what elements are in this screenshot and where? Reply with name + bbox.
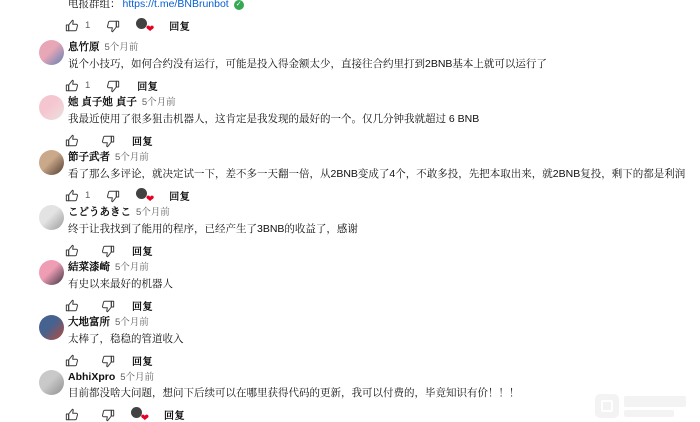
- comment-item: 她 貞子她 貞子 5个月前 我最近使用了很多狙击机器人，这肯定是我发现的最好的一…: [0, 91, 700, 146]
- comment-timestamp[interactable]: 5个月前: [115, 259, 149, 273]
- creator-heart-icon[interactable]: ❤: [136, 18, 153, 33]
- dislike-button[interactable]: [100, 407, 116, 422]
- avatar[interactable]: [39, 40, 64, 65]
- watermark: [595, 394, 686, 418]
- comment-header: 大地富所 5个月前: [68, 314, 700, 329]
- like-count: 1: [85, 190, 90, 201]
- comment-author[interactable]: 她 貞子她 貞子: [68, 94, 137, 109]
- comment-header: 息竹原 5个月前: [68, 39, 700, 54]
- watermark-text-shape: [624, 396, 686, 417]
- thumb-up-icon: [64, 18, 80, 34]
- reply-button[interactable]: 回复: [169, 18, 190, 33]
- comments-section: 电报群组：https://t.me/BNBrunbot✓ 1 ❤ 回复 息竹原 …: [0, 0, 700, 422]
- comment-header: 節子武者 5个月前: [68, 149, 700, 164]
- comment-header: こどうあきこ 5个月前: [68, 204, 700, 219]
- avatar[interactable]: [39, 315, 64, 340]
- dislike-button[interactable]: [105, 18, 121, 34]
- comment-header: 她 貞子她 貞子 5个月前: [68, 94, 700, 109]
- comment-header: AbhiXpro 5个月前: [68, 369, 700, 383]
- comment-text: 我最近使用了很多狙击机器人，这肯定是我发现的最好的一个。仅几分钟我就超过 6 B…: [68, 113, 700, 126]
- pinned-comment-text: 电报群组：https://t.me/BNBrunbot✓: [68, 0, 700, 11]
- comment-author[interactable]: 節子武者: [68, 149, 110, 164]
- verified-check-icon: ✓: [234, 0, 244, 10]
- comment-timestamp[interactable]: 5个月前: [136, 204, 170, 218]
- comment-timestamp[interactable]: 5个月前: [105, 39, 139, 53]
- comment-timestamp[interactable]: 5个月前: [115, 314, 149, 328]
- comment-author[interactable]: AbhiXpro: [68, 371, 115, 383]
- telegram-link[interactable]: https://t.me/BNBrunbot: [123, 0, 229, 11]
- avatar[interactable]: [39, 95, 64, 120]
- heart-icon: ❤: [141, 414, 149, 422]
- like-button[interactable]: [64, 407, 85, 422]
- comment-text: 终于让我找到了能用的程序，已经产生了3BNB的收益了，感谢: [68, 223, 700, 236]
- comment-text: 说个小技巧，如何合约没有运行，可能是投入得金额太少，直接往合约里打到2BNB基本…: [68, 58, 700, 71]
- pinned-comment: 电报群组：https://t.me/BNBrunbot✓ 1 ❤ 回复: [68, 0, 700, 34]
- comment-text: 有史以来最好的机器人: [68, 278, 700, 291]
- comment-text: 看了那么多评论，就决定试一下，差不多一天翻一倍，从2BNB变成了4个，不敢多投，…: [68, 168, 700, 181]
- thumb-down-icon: [100, 407, 116, 422]
- like-count: 1: [85, 80, 90, 91]
- avatar[interactable]: [39, 260, 64, 285]
- comment-author[interactable]: 結菜漆崎: [68, 259, 110, 274]
- thumb-up-icon: [64, 407, 80, 422]
- watermark-logo-icon: [595, 394, 619, 418]
- comment-item: こどうあきこ 5个月前 终于让我找到了能用的程序，已经产生了3BNB的收益了，感…: [0, 201, 700, 256]
- comment-text: 太棒了，稳稳的管道收入: [68, 333, 700, 346]
- comment-header: 結菜漆崎 5个月前: [68, 259, 700, 274]
- comment-timestamp[interactable]: 5个月前: [142, 94, 176, 108]
- avatar[interactable]: [39, 370, 64, 395]
- comment-timestamp[interactable]: 5个月前: [115, 149, 149, 163]
- reply-button[interactable]: 回复: [164, 407, 185, 422]
- pinned-action-row: 1 ❤ 回复: [64, 17, 700, 34]
- avatar[interactable]: [39, 205, 64, 230]
- comment-item: 大地富所 5个月前 太棒了，稳稳的管道收入 ❤ 回复: [0, 311, 700, 366]
- thumb-down-icon: [105, 18, 121, 34]
- comment-timestamp[interactable]: 5个月前: [120, 369, 154, 383]
- comment-author[interactable]: 大地富所: [68, 314, 110, 329]
- comment-author[interactable]: 息竹原: [68, 39, 100, 54]
- comment-item: 息竹原 5个月前 说个小技巧，如何合约没有运行，可能是投入得金额太少，直接往合约…: [0, 36, 700, 91]
- avatar[interactable]: [39, 150, 64, 175]
- pinned-comment-prefix: 电报群组：: [68, 0, 121, 11]
- comment-author[interactable]: こどうあきこ: [68, 204, 131, 219]
- comment-item: 結菜漆崎 5个月前 有史以来最好的机器人 ❤ 回复: [0, 256, 700, 311]
- comment-item: 節子武者 5个月前 看了那么多评论，就决定试一下，差不多一天翻一倍，从2BNB变…: [0, 146, 700, 201]
- like-button[interactable]: 1: [64, 18, 90, 34]
- like-count: 1: [85, 20, 90, 31]
- heart-icon: ❤: [146, 25, 154, 35]
- comment-list: 息竹原 5个月前 说个小技巧，如何合约没有运行，可能是投入得金额太少，直接往合约…: [0, 36, 700, 421]
- creator-heart-icon[interactable]: ❤: [131, 407, 148, 422]
